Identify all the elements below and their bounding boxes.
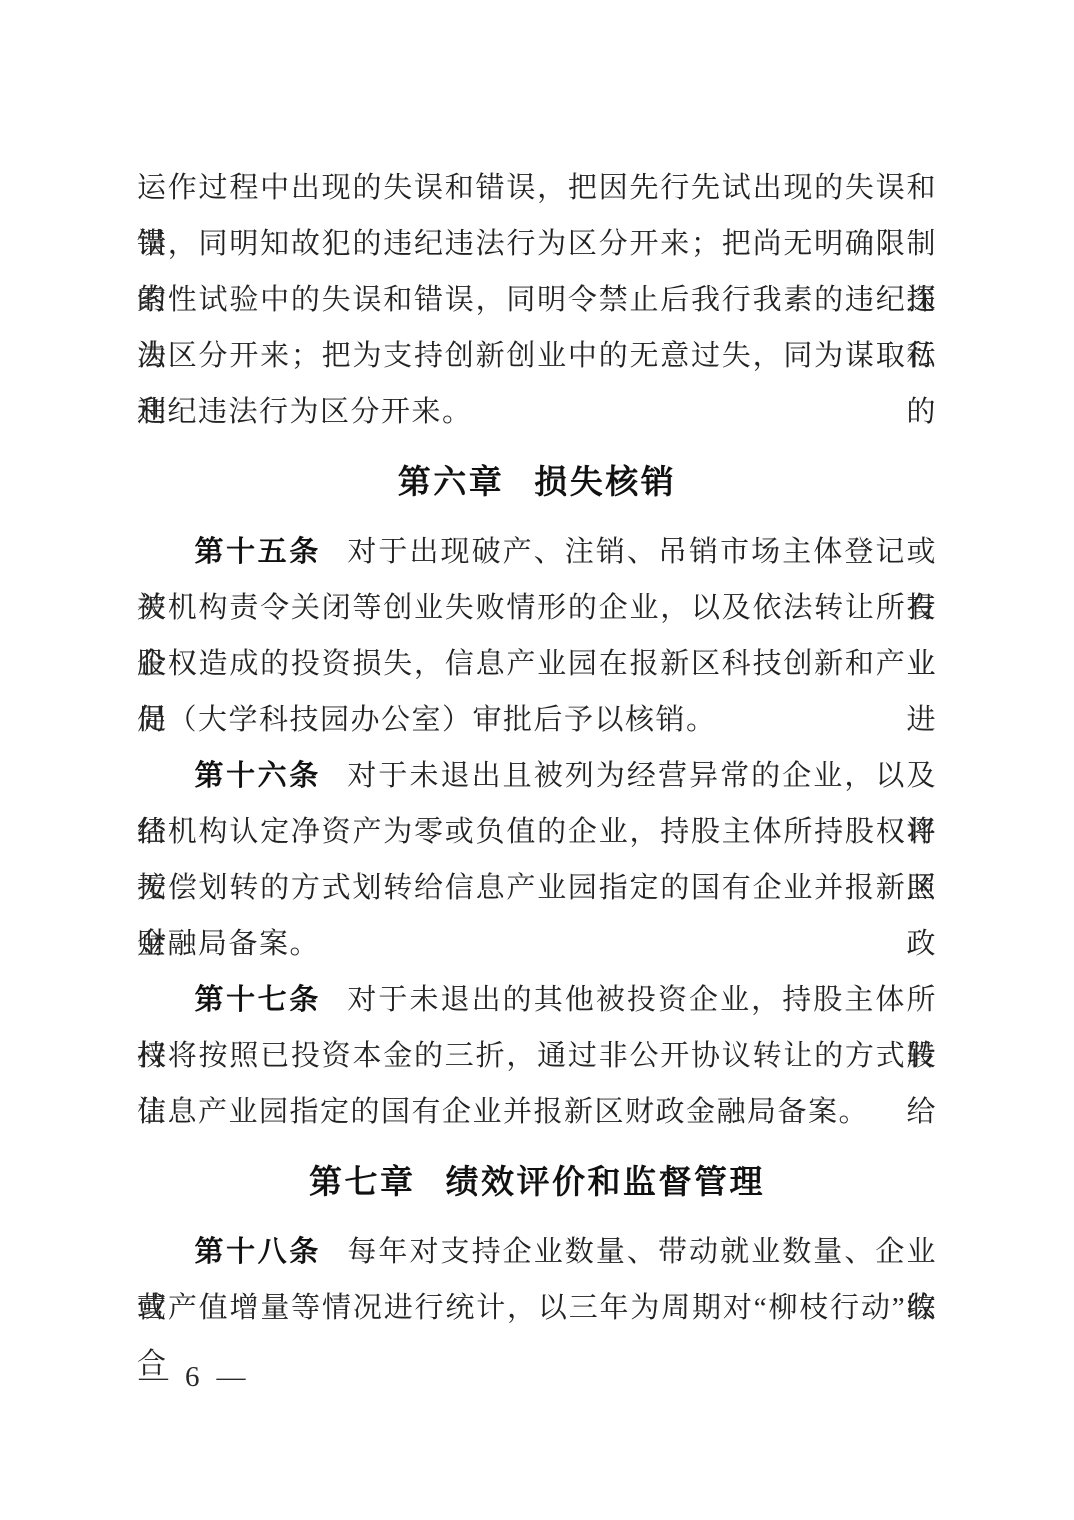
first-line-indent [137, 1260, 194, 1261]
article-first-line: 第十五条对于出现破产、注销、吊销市场主体登记或被有 [137, 524, 937, 580]
document-page: 运作过程中出现的失误和错误，把因先行先试出现的失误和错 误，同明知故犯的违纪违法… [0, 0, 1074, 1520]
article-17-label: 第十七条 [194, 984, 321, 1016]
article-15-paragraph: 第十五条对于出现破产、注销、吊销市场主体登记或被有 关机构责令关闭等创业失败情形… [137, 524, 937, 748]
footer-dash-right: — [217, 1361, 246, 1394]
label-gap [321, 1260, 347, 1261]
article-18-label: 第十八条 [194, 1236, 321, 1268]
article-16-paragraph: 第十六条对于未退出且被列为经营异常的企业，以及经评 估机构认定净资产为零或负值的… [137, 748, 937, 972]
first-line-indent [137, 1008, 194, 1009]
first-line-indent [137, 784, 194, 785]
article-15-label: 第十五条 [194, 536, 321, 568]
footer-dash-left: — [139, 1361, 168, 1394]
chapter-title: 绩效评价和监督管理 [446, 1163, 766, 1200]
chapter-number: 第七章 [309, 1163, 416, 1200]
chapter-7-heading: 第七章绩效评价和监督管理 [137, 1154, 937, 1210]
chapter-title: 损失核销 [534, 463, 676, 500]
body-line: 股权造成的投资损失，信息产业园在报新区科技创新和产业促进 [137, 636, 937, 692]
body-line: 关机构责令关闭等创业失败情形的企业，以及依法转让所投企业 [137, 580, 937, 636]
article-18-paragraph: 第十八条每年对支持企业数量、带动就业数量、企业营收 或产值增量等情况进行统计，以… [137, 1224, 937, 1336]
body-line: 或产值增量等情况进行统计，以三年为周期对“柳枝行动”综合 [137, 1280, 937, 1336]
body-line: 索性试验中的失误和错误，同明令禁止后我行我素的违纪违法行 [137, 272, 937, 328]
first-line-indent [137, 560, 194, 561]
label-gap [321, 1008, 347, 1009]
body-line: 估机构认定净资产为零或负值的企业，持股主体所持股权将按照 [137, 804, 937, 860]
label-gap [321, 784, 347, 785]
intro-paragraph: 运作过程中出现的失误和错误，把因先行先试出现的失误和错 误，同明知故犯的违纪违法… [137, 160, 937, 440]
article-first-line: 第十六条对于未退出且被列为经营异常的企业，以及经评 [137, 748, 937, 804]
page-number: 6 [185, 1361, 200, 1394]
body-line: 信息产业园指定的国有企业并报新区财政金融局备案。 [137, 1084, 937, 1140]
body-line: 误，同明知故犯的违纪违法行为区分开来；把尚无明确限制的探 [137, 216, 937, 272]
chapter-6-heading: 第六章损失核销 [137, 454, 937, 510]
document-body: 运作过程中出现的失误和错误，把因先行先试出现的失误和错 误，同明知故犯的违纪违法… [137, 160, 937, 1336]
body-line: 为区分开来；把为支持创新创业中的无意过失，同为谋取私利的 [137, 328, 937, 384]
body-line: 无偿划转的方式划转给信息产业园指定的国有企业并报新区财政 [137, 860, 937, 916]
label-gap [321, 560, 347, 561]
body-line: 权将按照已投资本金的三折，通过非公开协议转让的方式转让给 [137, 1028, 937, 1084]
article-17-paragraph: 第十七条对于未退出的其他被投资企业，持股主体所持股 权将按照已投资本金的三折，通… [137, 972, 937, 1140]
article-first-line: 第十八条每年对支持企业数量、带动就业数量、企业营收 [137, 1224, 937, 1280]
chapter-number: 第六章 [398, 463, 505, 500]
body-line: 运作过程中出现的失误和错误，把因先行先试出现的失误和错 [137, 160, 937, 216]
article-16-label: 第十六条 [194, 760, 321, 792]
article-first-line: 第十七条对于未退出的其他被投资企业，持股主体所持股 [137, 972, 937, 1028]
page-footer: — 6 — [139, 1356, 246, 1398]
